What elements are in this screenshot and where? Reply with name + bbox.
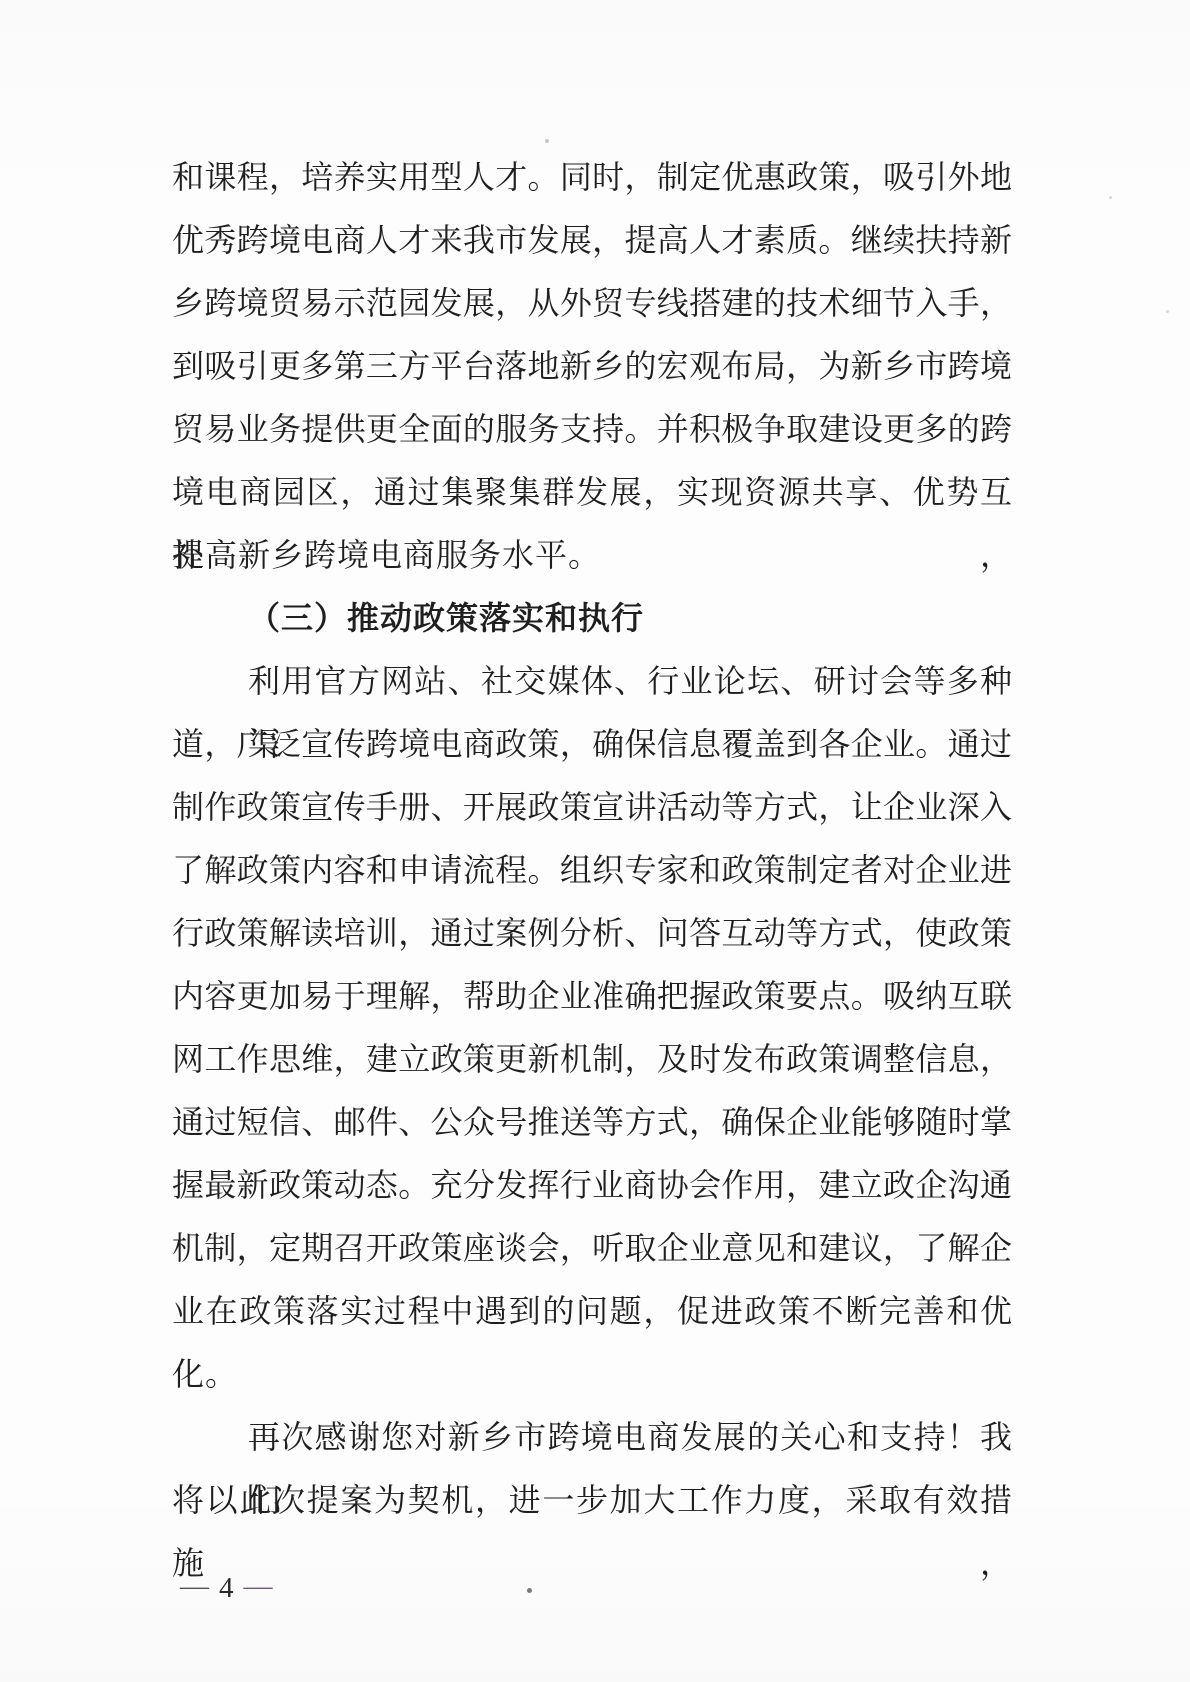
scan-speck xyxy=(1166,310,1169,313)
scan-speck xyxy=(545,139,549,143)
text-line: 再次感谢您对新乡市跨境电商发展的关心和支持！我们 xyxy=(172,1406,1012,1469)
page-number-right-dash: — xyxy=(244,1568,273,1604)
text-line: 网工作思维，建立政策更新机制，及时发布政策调整信息， xyxy=(172,1028,1012,1091)
text-line: 内容更加易于理解，帮助企业准确把握政策要点。吸纳互联 xyxy=(172,965,1012,1028)
section-heading: （三）推动政策落实和执行 xyxy=(172,587,1012,650)
scanned-document-page: 和课程，培养实用型人才。同时，制定优惠政策，吸引外地优秀跨境电商人才来我市发展，… xyxy=(0,0,1190,1682)
text-line: 行政策解读培训，通过案例分析、问答互动等方式，使政策 xyxy=(172,902,1012,965)
text-line: 通过短信、邮件、公众号推送等方式，确保企业能够随时掌 xyxy=(172,1091,1012,1154)
page-number-left-dash: — xyxy=(180,1568,209,1604)
text-line: 将以此次提案为契机，进一步加大工作力度，采取有效措施， xyxy=(172,1469,1012,1532)
text-line: 业在政策落实过程中遇到的问题，促进政策不断完善和优 xyxy=(172,1280,1012,1343)
document-body: 和课程，培养实用型人才。同时，制定优惠政策，吸引外地优秀跨境电商人才来我市发展，… xyxy=(172,146,1012,1532)
text-line: 利用官方网站、社交媒体、行业论坛、研讨会等多种渠 xyxy=(172,650,1012,713)
text-line: 化。 xyxy=(172,1343,1012,1406)
page-number-value: 4 xyxy=(219,1570,234,1606)
text-line: 了解政策内容和申请流程。组织专家和政策制定者对企业进 xyxy=(172,839,1012,902)
text-line: 境电商园区，通过集聚集群发展，实现资源共享、优势互补， xyxy=(172,461,1012,524)
text-line: 道，广泛宣传跨境电商政策，确保信息覆盖到各企业。通过 xyxy=(172,713,1012,776)
text-line: 到吸引更多第三方平台落地新乡的宏观布局，为新乡市跨境 xyxy=(172,335,1012,398)
text-line: 机制，定期召开政策座谈会，听取企业意见和建议，了解企 xyxy=(172,1217,1012,1280)
text-line: 握最新政策动态。充分发挥行业商协会作用，建立政企沟通 xyxy=(172,1154,1012,1217)
text-line: 制作政策宣传手册、开展政策宣讲活动等方式，让企业深入 xyxy=(172,776,1012,839)
text-line: 乡跨境贸易示范园发展，从外贸专线搭建的技术细节入手， xyxy=(172,272,1012,335)
page-number: — 4 — xyxy=(180,1570,273,1606)
text-line: 贸易业务提供更全面的服务支持。并积极争取建设更多的跨 xyxy=(172,398,1012,461)
text-line: 和课程，培养实用型人才。同时，制定优惠政策，吸引外地 xyxy=(172,146,1012,209)
text-line: 优秀跨境电商人才来我市发展，提高人才素质。继续扶持新 xyxy=(172,209,1012,272)
scan-speck xyxy=(1109,196,1112,199)
